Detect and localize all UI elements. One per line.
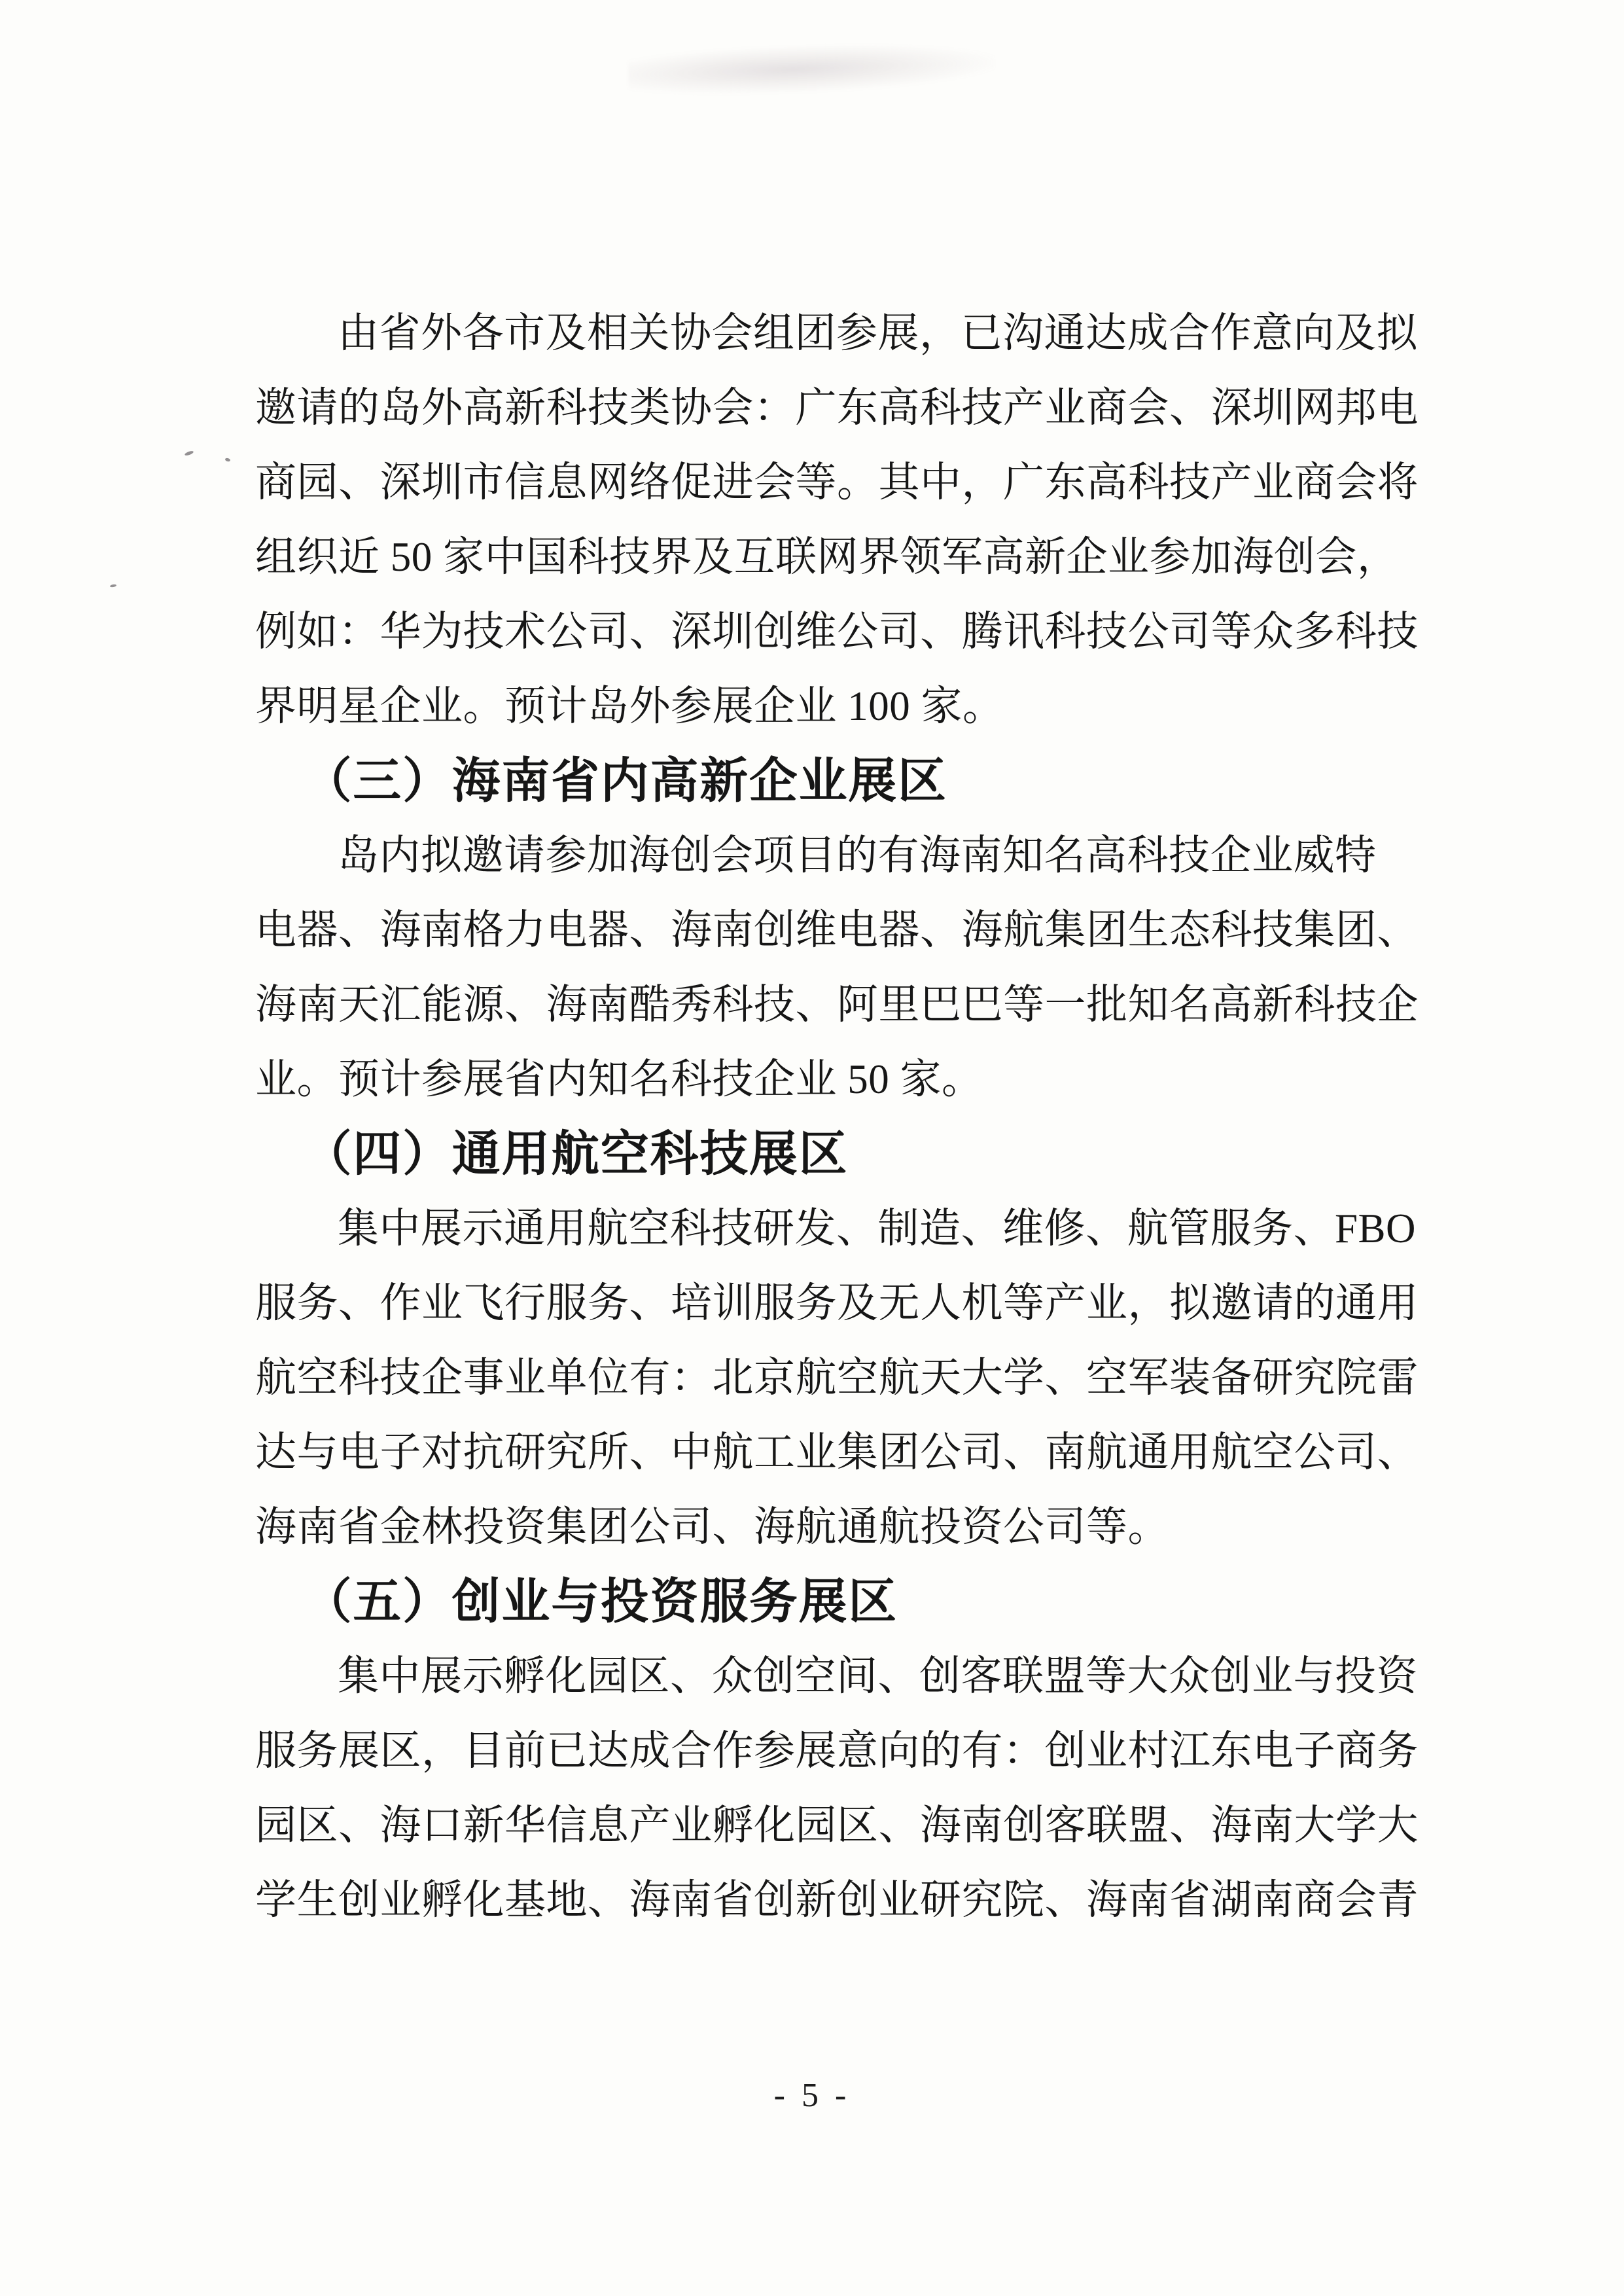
text-line: 电器、海南格力电器、海南创维电器、海航集团生态科技集团、 (255, 893, 1409, 967)
scan-speck (224, 457, 230, 462)
paragraph-outside-province-exhibitors: 由省外各市及相关协会组团参展，已沟通达成合作意向及拟 邀请的岛外高新科技类协会：… (255, 296, 1409, 744)
section-heading-3: （三）海南省内高新企业展区 (255, 744, 1409, 818)
text-line: 集中展示孵化园区、众创空间、创客联盟等大众创业与投资 (255, 1639, 1409, 1713)
heading-line: （四）通用航空科技展区 (255, 1117, 1409, 1191)
section-heading-5: （五）创业与投资服务展区 (255, 1564, 1409, 1639)
text-line: 例如：华为技术公司、深圳创维公司、腾讯科技公司等众多科技 (255, 594, 1409, 669)
text-line: 集中展示通用航空科技研发、制造、维修、航管服务、FBO (255, 1191, 1409, 1266)
text-line: 界明星企业。预计岛外参展企业 100 家。 (255, 669, 1409, 744)
paragraph-startup-investment-services: 集中展示孵化园区、众创空间、创客联盟等大众创业与投资 服务展区，目前已达成合作参… (255, 1639, 1409, 1937)
text-line: 商园、深圳市信息网络促进会等。其中，广东高科技产业商会将 (255, 445, 1409, 520)
scanned-document-page: 由省外各市及相关协会组团参展，已沟通达成合作意向及拟 邀请的岛外高新科技类协会：… (0, 0, 1624, 2296)
text-line: 学生创业孵化基地、海南省创新创业研究院、海南省湖南商会青 (255, 1863, 1409, 1937)
paragraph-general-aviation: 集中展示通用航空科技研发、制造、维修、航管服务、FBO 服务、作业飞行服务、培训… (255, 1191, 1409, 1564)
scan-smudge-artifact (627, 39, 995, 98)
text-block: 由省外各市及相关协会组团参展，已沟通达成合作意向及拟 邀请的岛外高新科技类协会：… (255, 296, 1409, 1937)
text-line: 海南省金林投资集团公司、海航通航投资公司等。 (255, 1490, 1409, 1564)
text-line: 由省外各市及相关协会组团参展，已沟通达成合作意向及拟 (255, 296, 1409, 370)
paragraph-hainan-province-enterprises: 岛内拟邀请参加海创会项目的有海南知名高科技企业威特 电器、海南格力电器、海南创维… (255, 818, 1409, 1117)
section-heading-4: （四）通用航空科技展区 (255, 1117, 1409, 1191)
scan-speck (110, 584, 117, 588)
text-line: 岛内拟邀请参加海创会项目的有海南知名高科技企业威特 (255, 818, 1409, 893)
text-line: 服务展区，目前已达成合作参展意向的有：创业村江东电子商务 (255, 1713, 1409, 1788)
scan-speck (185, 450, 194, 456)
text-line: 航空科技企事业单位有：北京航空航天大学、空军装备研究院雷 (255, 1340, 1409, 1415)
page-number: - 5 - (0, 2076, 1624, 2115)
text-line: 海南天汇能源、海南酷秀科技、阿里巴巴等一批知名高新科技企 (255, 967, 1409, 1042)
text-line: 服务、作业飞行服务、培训服务及无人机等产业，拟邀请的通用 (255, 1266, 1409, 1340)
heading-line: （五）创业与投资服务展区 (255, 1564, 1409, 1639)
heading-line: （三）海南省内高新企业展区 (255, 744, 1409, 818)
text-line: 达与电子对抗研究所、中航工业集团公司、南航通用航空公司、 (255, 1415, 1409, 1490)
text-line: 邀请的岛外高新科技类协会：广东高科技产业商会、深圳网邦电 (255, 370, 1409, 445)
text-line: 组织近 50 家中国科技界及互联网界领军高新企业参加海创会， (255, 520, 1409, 594)
text-line: 园区、海口新华信息产业孵化园区、海南创客联盟、海南大学大 (255, 1788, 1409, 1863)
text-line: 业。预计参展省内知名科技企业 50 家。 (255, 1042, 1409, 1117)
